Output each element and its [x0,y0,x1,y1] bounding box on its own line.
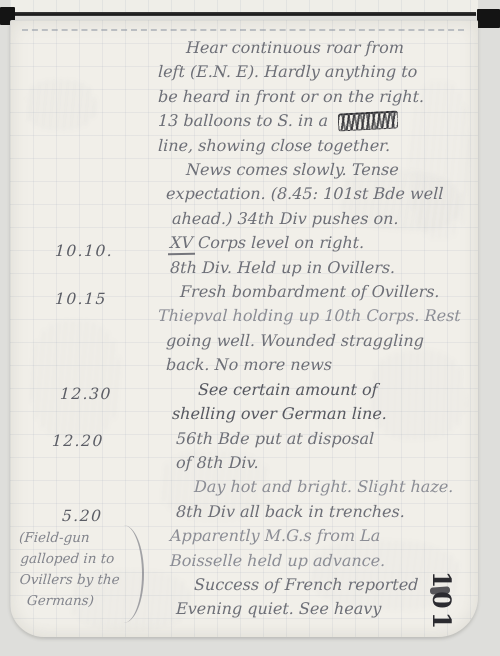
diary-page: 10.10. 10.15 12.30 12.20 5.20 (Field-gun… [10,20,478,637]
mounting-tab-right [477,9,500,28]
diary-line: Fresh bombardment of Ovillers. [180,280,475,304]
page-number: 101 [428,570,457,631]
diary-line: Day hot and bright. Slight haze. [194,475,475,499]
diary-line-text: 13 balloons to S. in a [158,109,329,133]
diary-line: 8th Div. Held up in Ovillers. [170,256,475,280]
diary-line: See certain amount of [198,378,475,402]
diary-line: ahead.) 34th Div pushes on. [172,207,475,231]
margin-note-line: Ovillers by the [19,570,128,591]
diary-line: back. No more news [166,353,475,377]
diary-line: Thiepval holding up 10th Corps. Rest [158,304,475,328]
bleed-through-smudge [25,80,95,130]
margin-time: 10.15 [55,290,108,308]
bleed-through-smudge [30,320,120,440]
diary-line: 13 balloons to S. in a [158,109,475,133]
diary-line: left (E.N. E). Hardly anything to [158,60,475,84]
binding-rule [14,12,476,16]
diary-line: expectation. (8.45: 101st Bde well [166,182,475,206]
diary-text-block: Hear continuous roar from left (E.N. E).… [158,36,474,622]
diary-line: line, showing close together. [158,134,475,158]
diary-line: of 8th Div. [176,451,475,475]
diary-line: 8th Div all back in trenches. [176,500,475,524]
diary-line: shelling over German line. [172,402,475,426]
margin-note: (Field-gun galloped in to Ovillers by th… [17,528,130,612]
margin-time: 10.10. [55,242,114,260]
diary-line: going well. Wounded straggling [166,329,475,353]
scribbled-out-word [338,111,398,132]
diary-line: Apparently M.G.s from La [170,524,475,548]
margin-note-line: (Field-gun [18,528,129,549]
diary-line: XV Corps level on right. [170,231,475,255]
page-number-stamp: 101 [426,566,458,636]
diary-line: 56th Bde put at disposal [176,427,475,451]
diary-line: News comes slowly. Tense [186,158,475,182]
diary-line: be heard in front or on the right. [158,85,475,109]
perforation-line [22,29,464,31]
margin-time: 12.30 [60,385,113,403]
margin-time: 12.20 [52,432,105,450]
margin-note-line: Germans) [26,591,127,612]
diary-line: Hear continuous roar from [186,36,475,60]
margin-note-line: galloped in to [20,549,129,570]
margin-time: 5.20 [62,507,103,525]
